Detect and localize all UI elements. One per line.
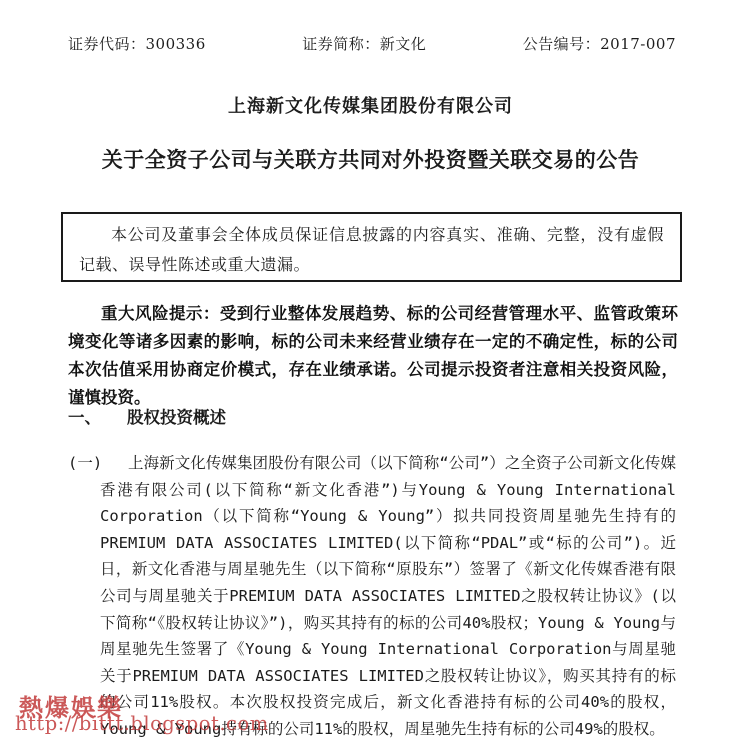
section-heading-label: 股权投资概述 [127,404,226,428]
stock-short-name: 证券简称：新文化 [302,33,426,54]
body-item: (一) 上海新文化传媒集团股份有限公司（以下简称“公司”）之全资子公司新文化传媒… [68,450,676,743]
announcement-number: 公告编号：2017-007 [523,33,676,54]
declaration-box: 本公司及董事会全体成员保证信息披露的内容真实、准确、完整，没有虚假记载、误导性陈… [61,212,682,282]
document-title: 上海新文化传媒集团股份有限公司 [0,92,741,118]
section-number: 一、 [68,404,101,428]
stock-code: 证券代码：300336 [68,33,206,54]
section-heading: 一、 股权投资概述 [68,404,226,428]
declaration-text: 本公司及董事会全体成员保证信息披露的内容真实、准确、完整，没有虚假记载、误导性陈… [79,225,664,274]
document-subtitle: 关于全资子公司与关联方共同对外投资暨关联交易的公告 [0,144,741,174]
announcement-document-page: { "page": { "background_color": "#ffffff… [0,0,741,743]
item-marker: (一) [68,450,102,477]
risk-warning: 重大风险提示：受到行业整体发展趋势、标的公司经营管理水平、监管政策环境变化等诸多… [68,300,678,412]
body-paragraph: 上海新文化传媒集团股份有限公司（以下简称“公司”）之全资子公司新文化传媒香港有限… [100,450,676,743]
document-header: 证券代码：300336 证券简称：新文化 公告编号：2017-007 [68,33,676,54]
watermark-site-url: http://bittt.blogspot.com [15,712,269,735]
